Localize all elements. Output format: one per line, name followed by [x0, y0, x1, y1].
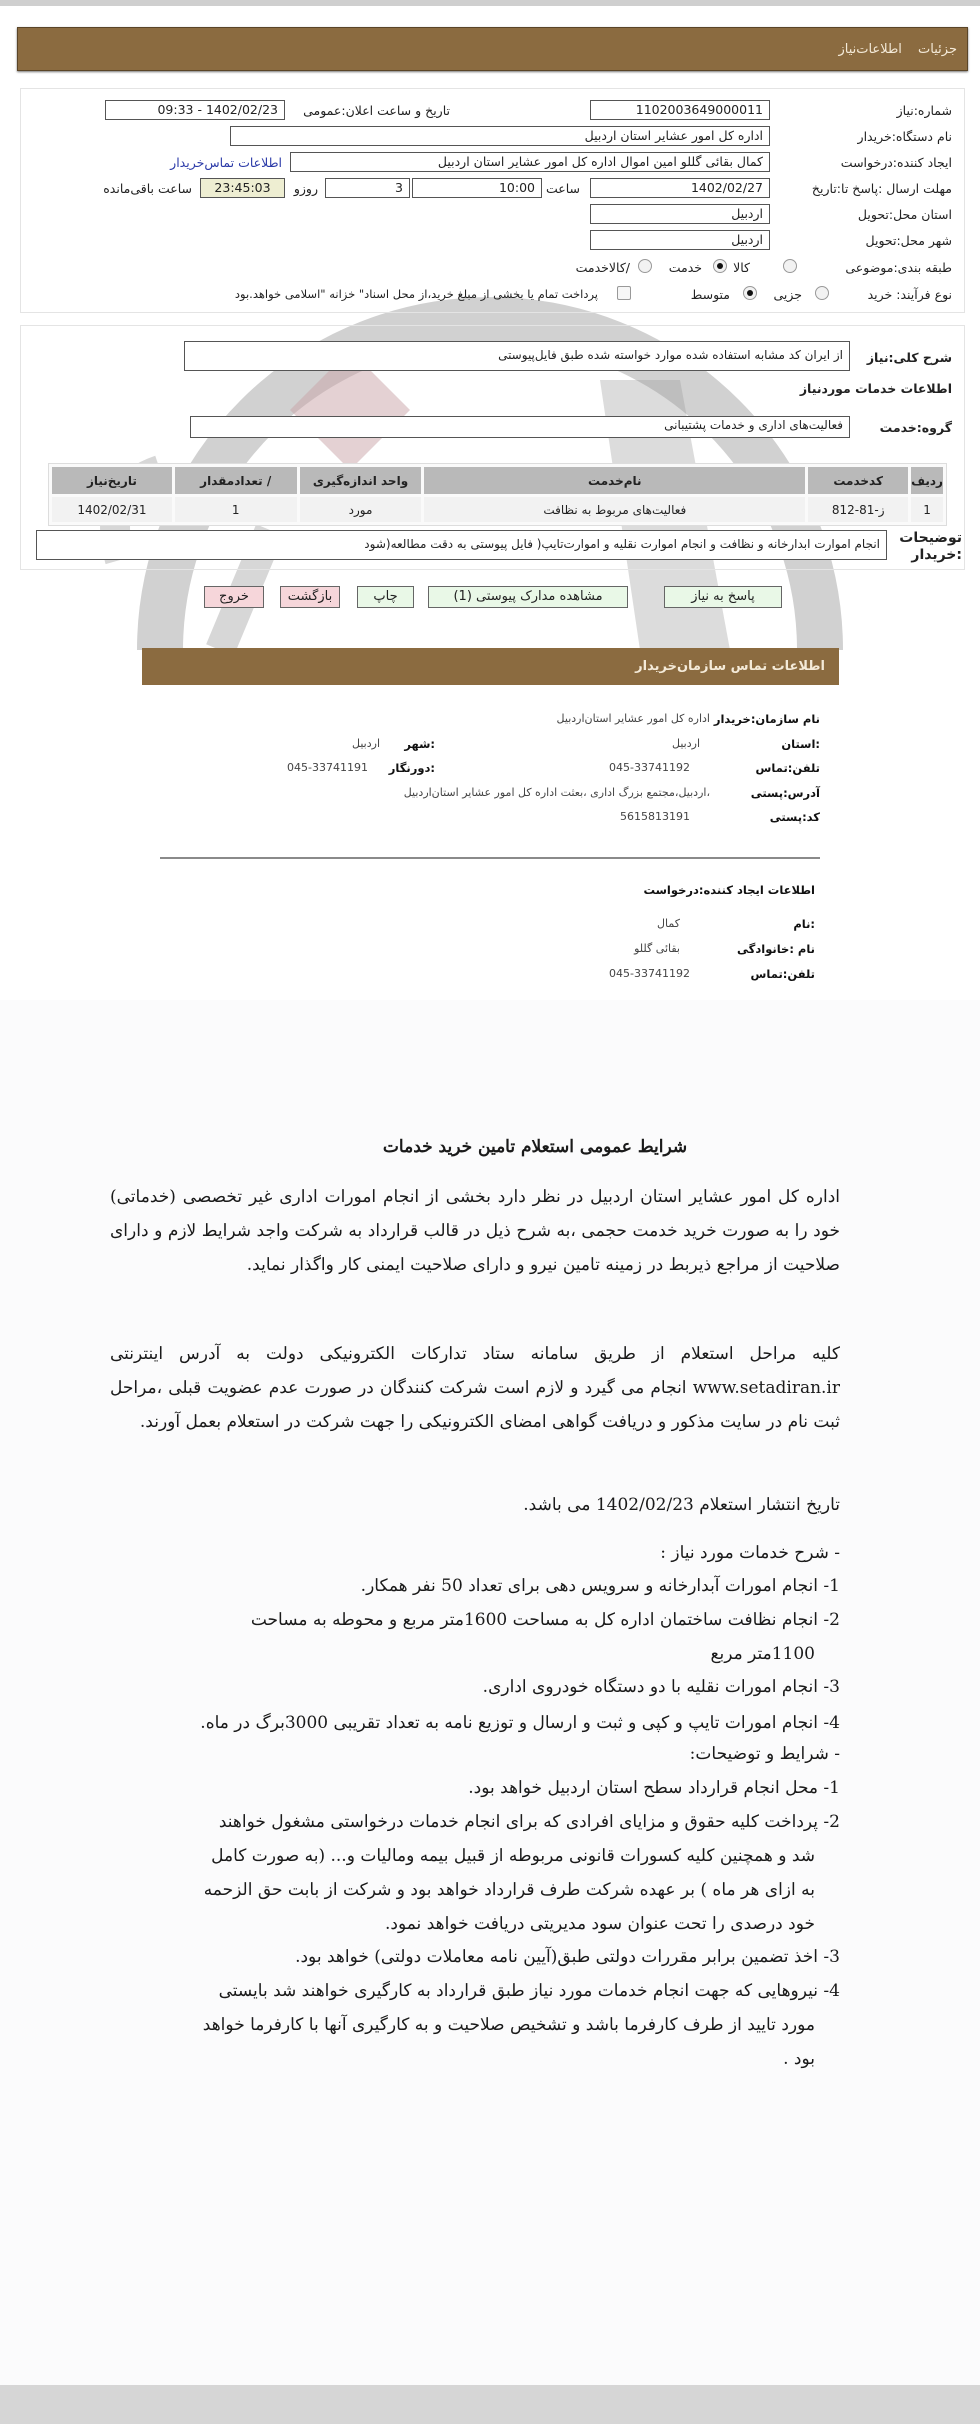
print-button[interactable]: چاپ [357, 586, 414, 608]
col-unit: واحد اندازه‌گیری [300, 467, 422, 494]
condition-item-3: 3- اخذ تضمین برابر مقررات دولتی طبق(آیین… [295, 1947, 840, 1967]
category-service-label: خدمت [669, 260, 702, 275]
service-item-2-cont: 1100متر مربع [710, 1644, 815, 1664]
exit-button[interactable]: خروج [204, 586, 264, 608]
fax-value: 045-33741191 [287, 761, 368, 774]
remaining-time-field: 23:45:03 [200, 178, 285, 198]
phone-value: 045-33741192 [609, 761, 690, 774]
publish-date-line: تاریخ انتشار استعلام 1402/02/23 می باشد. [523, 1495, 840, 1515]
cell-service-name: فعالیت‌های مربوط به نظافت [424, 497, 805, 522]
requester-label: ایجاد کننده:درخواست [841, 155, 952, 170]
deadline-date-field[interactable]: 1402/02/27 [590, 178, 770, 198]
category-service-radio[interactable] [713, 259, 727, 273]
need-number-field[interactable]: 1102003649000011 [590, 100, 770, 120]
condition-item-1: 1- محل انجام قرارداد سطح استان اردبیل خو… [468, 1778, 840, 1798]
cell-quantity: 1 [175, 497, 297, 522]
delivery-city-field[interactable]: اردبیل [590, 230, 770, 250]
items-table-header: تاریخ‌نیاز / تعدادمقدار واحد اندازه‌گیری… [52, 467, 943, 494]
view-attachments-button[interactable]: مشاهده مدارک پیوستی (1) [428, 586, 628, 608]
address-label: آدرس:پستی [751, 786, 820, 800]
delivery-province-field[interactable]: اردبیل [590, 204, 770, 224]
process-minor-radio[interactable] [815, 286, 829, 300]
bottom-strip [0, 2385, 980, 2424]
cell-unit: مورد [300, 497, 422, 522]
buyer-contact-title: اطلاعات تماس سازمان‌خریدار [635, 659, 825, 674]
col-service-name: نام‌خدمت [424, 467, 805, 494]
requester-phone-value: 045-33741192 [609, 967, 690, 980]
service-item-4: 4- انجام امورات تایپ و کپی و ثبت و ارسال… [200, 1713, 840, 1733]
announce-datetime-field[interactable]: 1402/02/23 - 09:33 [105, 100, 285, 120]
condition-item-2-cont-3: خود درصدی را تحت عنوان سود مدیریتی دریاف… [385, 1914, 815, 1934]
category-goods-service-radio[interactable] [638, 259, 652, 273]
last-name-label: نام :خانوادگی [737, 942, 815, 956]
org-value: اداره کل امور عشایر استان‌اردبیل [557, 712, 710, 725]
process-minor-label: جزیی [773, 287, 802, 302]
need-number-label: شماره:نیاز [897, 103, 952, 118]
requester-phone-label: تلفن:تماس [751, 967, 815, 981]
service-item-1: 1- انجام امورات آبدارخانه و سرویس دهی بر… [361, 1576, 840, 1596]
top-strip [0, 0, 980, 6]
respond-button[interactable]: پاسخ به نیاز [664, 586, 782, 608]
buyer-contact-header: اطلاعات تماس سازمان‌خریدار [142, 648, 839, 685]
tab-details[interactable]: جزئیات [918, 42, 957, 57]
col-quantity: / تعدادمقدار [175, 467, 297, 494]
condition-item-4: 4- نیروهایی که جهت انجام خدمات مورد نیاز… [219, 1981, 840, 2001]
deadline-time-field[interactable]: 10:00 [412, 178, 542, 198]
col-row: ردیف [911, 467, 943, 494]
condition-item-2: 2- پرداخت کلیه حقوق و مزایای افرادی که ب… [219, 1812, 840, 1832]
requester-info-title: اطلاعات ایجاد کننده:درخواست [643, 883, 815, 897]
fax-label: :دورنگار [389, 761, 435, 775]
process-type-label: نوع فرآیند: خرید [868, 287, 952, 302]
service-item-3: 3- انجام امورات نقلیه با دو دستگاه خودرو… [483, 1677, 840, 1697]
delivery-province-label: استان محل:تحویل [858, 207, 952, 222]
back-button[interactable]: بازگشت [280, 586, 340, 608]
section-divider [160, 857, 820, 859]
condition-item-2-cont-2: به ازای هر ماه ) بر عهده شرکت طرف قراردا… [204, 1880, 815, 1900]
deadline-time-label: ساعت [546, 181, 580, 196]
cell-row: 1 [911, 497, 943, 522]
items-table: تاریخ‌نیاز / تعدادمقدار واحد اندازه‌گیری… [48, 463, 947, 526]
description-field[interactable]: از ایران کد مشابه استفاده شده موارد خواس… [184, 341, 850, 371]
document-paragraph-1: اداره کل امور عشایر استان اردبیل در نظر … [110, 1180, 840, 1282]
col-service-code: کدخدمت [808, 467, 908, 494]
treasury-payment-checkbox[interactable] [617, 286, 631, 300]
deadline-days-field[interactable]: 3 [325, 178, 410, 198]
remaining-label: ساعت باقی‌مانده [103, 181, 192, 196]
category-goods-service-label: /کالاخدمت [576, 260, 630, 275]
table-row: 1402/02/31 1 مورد فعالیت‌های مربوط به نظ… [52, 497, 943, 522]
title-bar: جزئیات اطلاعات‌نیاز [17, 27, 968, 71]
category-goods-radio[interactable] [783, 259, 797, 273]
province-label: :استان [781, 737, 820, 751]
requester-field[interactable]: کمال بقائی گللو امین اموال اداره کل امور… [290, 152, 770, 172]
category-goods-label: کالا [733, 260, 750, 275]
province-value: اردبیل [672, 737, 700, 750]
services-heading-line: - شرح خدمات مورد نیاز : [660, 1543, 840, 1563]
buyer-org-field[interactable]: اداره کل امور عشایر استان اردبیل [230, 126, 770, 146]
document-paragraph-2: کلیه مراحل استعلام از طریق سامانه ستاد ت… [110, 1337, 840, 1439]
days-label: روزو [294, 181, 318, 196]
buyer-contact-link[interactable]: اطلاعات تماس‌خریدار [170, 155, 282, 170]
buyer-notes-label-2: :خریدار [911, 547, 962, 563]
first-name-label: :نام [793, 917, 815, 931]
delivery-city-label: شهر محل:تحویل [866, 233, 953, 248]
services-heading: اطلاعات خدمات موردنیاز [800, 381, 952, 396]
buyer-org-label: نام دستگاه:خریدار [858, 129, 952, 144]
city-label: :شهر [404, 737, 435, 751]
condition-item-4-cont-1: مورد تایید از طرف کارفرما باشد و تشخیص ص… [203, 2015, 815, 2035]
process-medium-label: متوسط [691, 287, 730, 302]
address-value: ،اردبیل،مجتمع بزرگ اداری ،بعثت اداره کل … [404, 786, 710, 799]
announce-datetime-label: تاریخ و ساعت اعلان:عمومی [303, 103, 450, 118]
process-medium-radio[interactable] [743, 286, 757, 300]
first-name-value: کمال [657, 917, 680, 930]
deadline-label: مهلت ارسال :پاسخ تا:تاریخ [812, 181, 952, 196]
condition-item-2-cont-1: شد و همچنین کلیه کسورات قانونی مربوطه از… [211, 1846, 815, 1866]
cell-date: 1402/02/31 [52, 497, 172, 522]
org-label: نام سازمان:خریدار [714, 712, 820, 726]
cell-service-code: ز-81-812 [808, 497, 908, 522]
title-breadcrumb: جزئیات اطلاعات‌نیاز [826, 42, 957, 57]
need-info-panel [20, 88, 965, 313]
phone-label: تلفن:تماس [756, 761, 820, 775]
buyer-notes-label-1: توضیحات [899, 530, 962, 546]
service-item-2: 2- انجام نظافت ساختمان اداره کل به مساحت… [251, 1610, 840, 1630]
conditions-heading-line: - شرایط و توضیحات: [690, 1744, 840, 1764]
service-group-field[interactable]: فعالیت‌های اداری و خدمات پشتیبانی [190, 416, 850, 438]
document-title: شرایط عمومی استعلام تامین خرید خدمات [0, 1137, 980, 1157]
postal-value: 5615813191 [620, 810, 690, 823]
description-label: شرح کلی:نیاز [867, 350, 952, 365]
category-label: طبقه بندی:موضوعی [845, 260, 952, 275]
condition-item-4-cont-2: بود . [783, 2049, 815, 2069]
postal-label: کد:پستی [770, 810, 820, 824]
tab-need-info[interactable]: اطلاعات‌نیاز [838, 42, 901, 57]
treasury-payment-label: پرداخت تمام یا بخشی از مبلغ خرید،از محل … [235, 287, 598, 301]
buyer-notes-field[interactable]: انجام اموارت ابدارخانه و نظافت و انجام ا… [36, 530, 887, 560]
service-group-label: گروه:خدمت [880, 420, 952, 435]
col-date: تاریخ‌نیاز [52, 467, 172, 494]
last-name-value: بقائی گللو [634, 942, 680, 955]
city-value: اردبیل [352, 737, 380, 750]
